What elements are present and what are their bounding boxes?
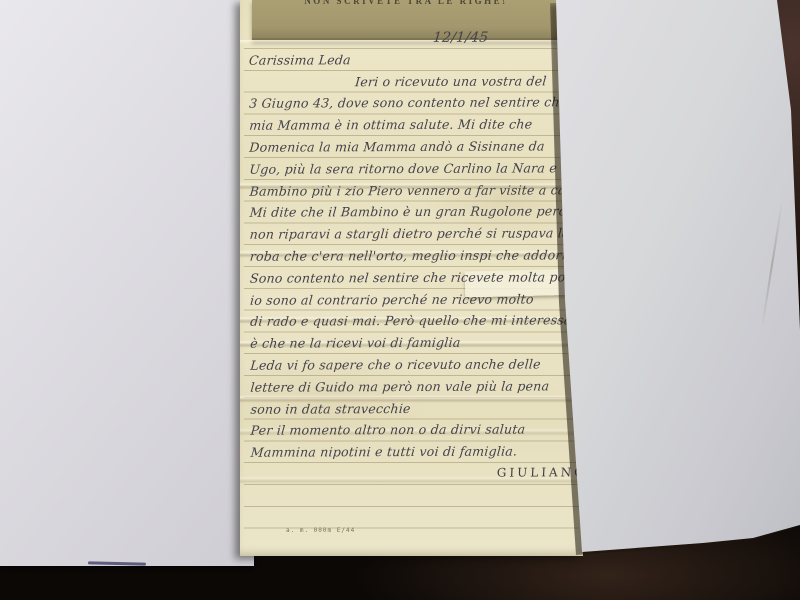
white-sheet-left — [0, 0, 254, 566]
handwriting-line: è che ne la ricevi voi di famiglia — [250, 335, 462, 351]
handwriting-line: Mammina nipotini e tutti voi di famiglia… — [250, 444, 518, 460]
handwriting-line: 3 Giugno 43, dove sono contento nel sent… — [249, 95, 583, 111]
letter-date: 12/1/45 — [432, 30, 489, 46]
handwriting-line: non riparavi a stargli dietro perché si … — [249, 225, 570, 241]
handwriting-line: Leda vi fo sapere che o ricevuto anche d… — [250, 356, 542, 372]
handwriting-line: Ieri o ricevuto una vostra del — [355, 73, 548, 89]
handwriting-line: Per il momento altro non o da dirvi salu… — [250, 422, 526, 438]
print-code: a. m. 000m E/44 — [286, 527, 355, 534]
photo-background: NON SCRIVETE TRA LE RIGHE! 12/1/45Cariss… — [0, 0, 800, 600]
handwriting-line: Ugo, più la sera ritorno dove Carlino la… — [249, 160, 570, 176]
sheet-crease — [761, 201, 783, 330]
salutation: Carissima Leda — [248, 52, 351, 67]
handwriting-line: lettere di Guido ma però non vale più la… — [250, 378, 550, 394]
handwriting-line: Bambino più i zio Piero vennero a far vi… — [249, 182, 581, 198]
handwriting-line: io sono al contrario perché ne ricevo mo… — [249, 291, 534, 307]
handwriting-line: roba che c'era nell'orto, meglio inspi c… — [249, 247, 583, 264]
white-sheet-right — [553, 0, 800, 556]
handwriting-lines: 12/1/45Carissima LedaIeri o ricevuto una… — [240, 0, 583, 556]
letter-paper: NON SCRIVETE TRA LE RIGHE! 12/1/45Cariss… — [240, 0, 583, 556]
handwriting-line: Sono contento nel sentire che ricevete m… — [249, 269, 583, 285]
handwriting-line: sono in data stravecchie — [250, 401, 411, 417]
handwriting-line: Domenica la mia Mamma andò a Sisinane da — [249, 138, 546, 154]
handwriting-line: Mi dite che il Bambino è un gran Rugolon… — [249, 204, 583, 220]
signature: GIULIANO — [497, 465, 583, 479]
handwriting-line: mia Mamma è in ottima salute. Mi dite ch… — [249, 117, 533, 133]
handwriting-line: di rado e quasi mai. Però quello che mi … — [250, 313, 573, 329]
